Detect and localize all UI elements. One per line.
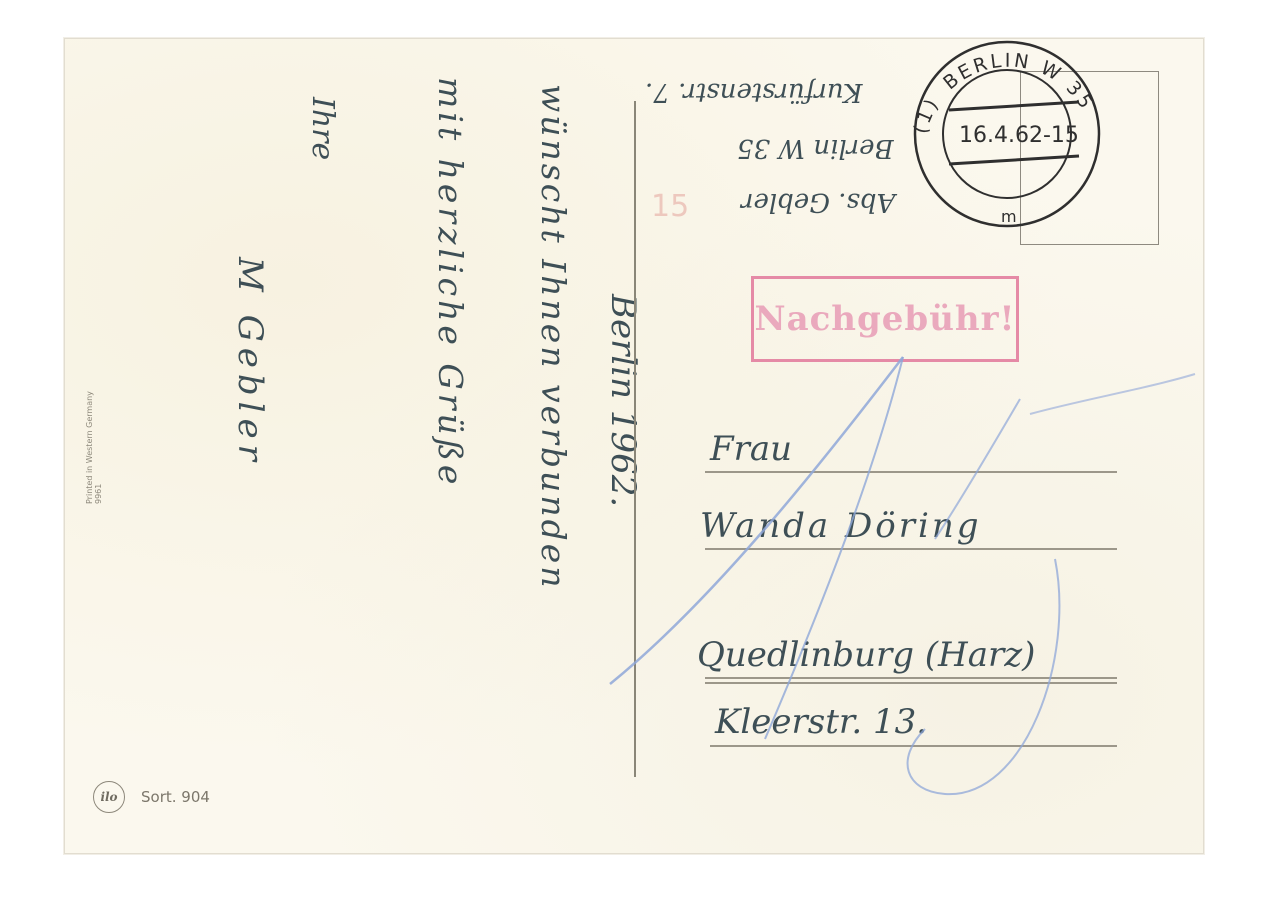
publisher-logo: ilo (93, 781, 125, 813)
address-rule-1 (705, 471, 1117, 473)
postmark-date: 16.4.62-15 (959, 123, 1079, 148)
postage-due-stamp: Nachgebühr! (751, 276, 1019, 362)
recipient-street: Kleerstr. 13. (715, 702, 927, 742)
printed-code: 9961 (94, 391, 103, 504)
address-rule-3a (705, 677, 1117, 679)
recipient-name: Wanda Döring (700, 506, 982, 546)
pencil-mark: 15 (651, 189, 689, 224)
sender-line-city: Berlin W 35 (737, 133, 894, 163)
sender-line-street: Kurfürstenstr. 7. (645, 77, 862, 107)
postcard: Printed in Western Germany 9961 Berlin 1… (64, 38, 1204, 854)
printed-in-note: Printed in Western Germany 9961 (85, 391, 103, 504)
recipient-city: Quedlinburg (Harz) (697, 635, 1035, 675)
message-line-date: Berlin 1962. (603, 294, 643, 507)
postmark-letter: m (1001, 207, 1017, 226)
center-divider (634, 101, 636, 777)
message-line-3: Ihre (305, 97, 340, 160)
publisher-imprint: ilo Sort. 904 (93, 781, 210, 813)
message-signature: M Gebler (230, 257, 270, 467)
sort-number: Sort. 904 (141, 788, 210, 806)
message-line-2: mit herzliche Grüße (431, 77, 470, 488)
address-rule-3b (705, 682, 1117, 684)
address-rule-4 (710, 745, 1117, 747)
postage-due-text: Nachgebühr! (755, 299, 1016, 339)
address-rule-2 (705, 548, 1117, 550)
postmark-cancel: (1) BERLIN W 35 16.4.62-15 m (897, 34, 1115, 234)
sender-line-name: Abs. Gebler (741, 187, 895, 217)
printed-country: Printed in Western Germany (85, 391, 94, 504)
message-line-1: wünscht Ihnen verbunden (534, 84, 573, 590)
recipient-salutation: Frau (710, 429, 792, 469)
